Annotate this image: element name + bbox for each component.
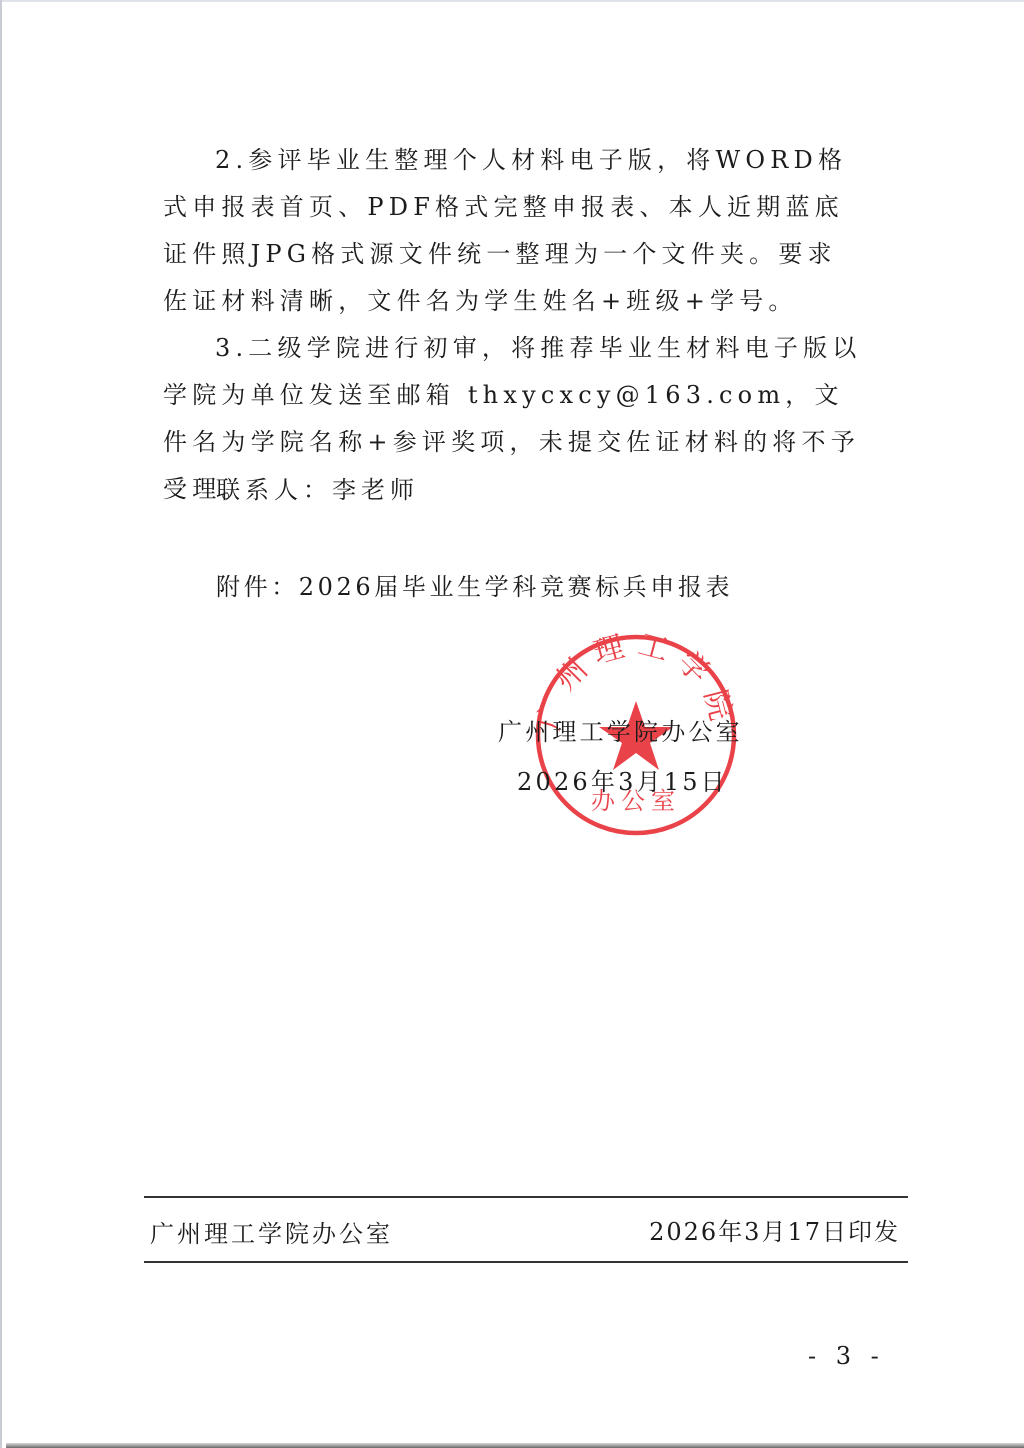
page-number: - 3 - [808, 1342, 885, 1370]
page-edge-top [0, 0, 1024, 2]
footer-rule-bottom [144, 1261, 908, 1263]
attachment-line: 附件：2026届毕业生学科竞赛标兵申报表 [216, 567, 733, 602]
footer-organization: 广州理工学院办公室 [150, 1214, 393, 1249]
contact-line: 联系人：李老师 [216, 470, 419, 505]
footer-issue-date: 2026年3月17日印发 [649, 1212, 900, 1247]
footer-rule-top [144, 1196, 908, 1198]
page-edge-left [0, 0, 2, 1448]
signature-date: 2026年3月15日 [517, 762, 728, 797]
signer-organization: 广州理工学院办公室 [498, 712, 743, 747]
paragraph-item-2: 2.参评毕业生整理个人材料电子版，将WORD格式申报表首页、PDF格式完整申报表… [163, 137, 863, 325]
page-edge-bottom [6, 1443, 1024, 1448]
